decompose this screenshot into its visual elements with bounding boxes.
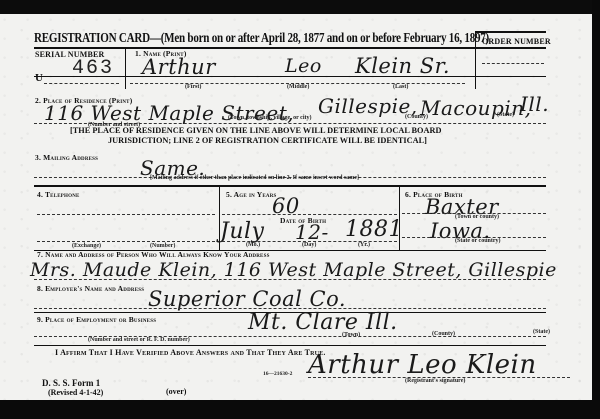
exchange-caption: (Exchange) [72,243,101,249]
divider [125,47,126,89]
divider [482,63,544,64]
day-caption: (Day) [302,242,316,248]
divider [222,214,397,215]
over-indicator: (over) [166,387,186,396]
employment-town-caption: (Town) [342,332,360,338]
order-number-label: ORDER NUMBER [482,37,551,46]
divider [34,345,546,346]
month-caption: (Mo.) [246,242,260,248]
employment-state-caption: (State) [533,329,550,335]
telephone-label: 4. Telephone [37,190,80,199]
last-caption: (Last) [393,84,408,90]
number-caption: (Number) [150,243,175,249]
employer-label: 8. Employer's Name and Address [37,284,144,293]
divider [476,31,546,33]
divider [37,241,215,242]
divider [399,185,400,250]
divider [37,214,215,215]
residence-street: 116 West Maple Street, [44,101,294,125]
residence-town: Gillespie, [318,94,418,118]
place-of-employment-label: 9. Place of Employment or Business [37,315,156,324]
employment-county-caption: (County) [432,331,455,337]
divider [34,76,546,77]
state-caption: (State) [497,112,514,118]
signature-caption: (Registrant's signature) [405,378,465,384]
divider [34,47,546,49]
scan-border-bottom [0,400,600,419]
divider [34,308,546,309]
residence-notice-line-2: JURISDICTION; LINE 2 OF REGISTRATION CER… [108,136,427,146]
scan-border-right [592,0,600,419]
birth-state-caption: (State or country) [455,238,501,244]
serial-prefix: U [35,72,43,84]
place-of-employment-value: Mt. Clare Ill. [248,310,398,335]
mailing-address-label: 3. Mailing Address [35,153,98,162]
registrant-signature: Arthur Leo Klein [308,350,537,380]
town-caption: (Town, township, village, or city) [228,115,312,121]
name-last: Klein Sr. [355,54,450,78]
county-caption: (County) [405,114,428,120]
form-name: D. S. S. Form 1 [42,378,100,388]
affirmation-text: I Affirm That I Have Verified Above Answ… [55,348,326,357]
birth-year: 1881 [345,217,403,242]
first-caption: (First) [185,84,201,90]
residence-county: Macoupin, [420,96,531,120]
mailing-address-caption: [Mailing address if other than place ind… [150,175,359,181]
contact-person-value: Mrs. Maude Klein, 116 West Maple Street,… [30,259,557,281]
residence-notice-line-1: [THE PLACE OF RESIDENCE GIVEN ON THE LIN… [70,126,441,136]
middle-caption: (Middle) [287,84,309,90]
divider [34,279,546,280]
employment-street-caption: (Number and street or R. F. D. number) [88,337,190,343]
age-label: 5. Age in Years [226,190,277,199]
contact-person-label: 7. Name and Address of Person Who Will A… [37,250,270,259]
divider [475,31,476,89]
year-caption: (Yr.) [358,242,370,248]
name-middle: Leo [285,55,322,77]
card-title: REGISTRATION CARD—(Men born on or after … [34,30,489,46]
form-revised: (Revised 4-1-42) [48,388,103,397]
print-code: 16—21630-2 [263,371,292,377]
divider [34,185,546,187]
divider [44,83,119,84]
registration-card: REGISTRATION CARD—(Men born on or after … [0,14,593,408]
residence-state: Ill. [520,92,549,116]
